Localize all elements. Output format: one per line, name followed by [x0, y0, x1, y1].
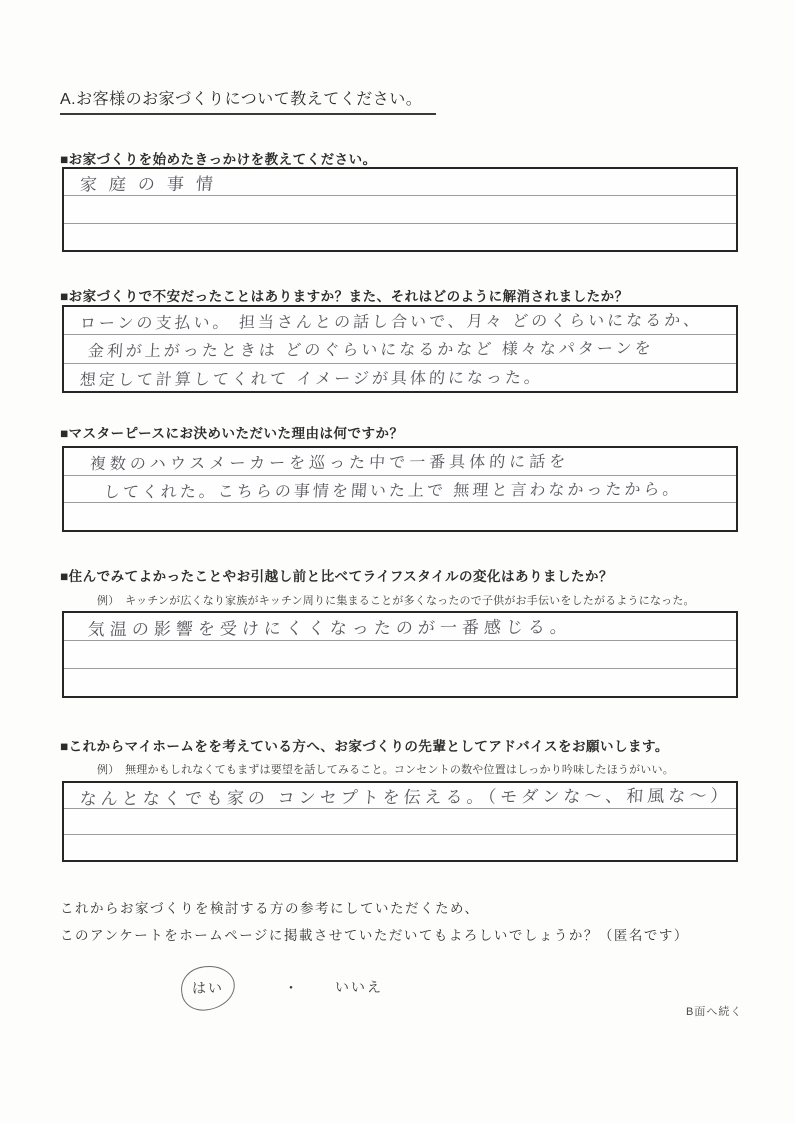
answer-row[interactable] — [64, 835, 736, 860]
answer-row[interactable]: 家庭の事情 — [64, 169, 736, 196]
answer-row[interactable] — [64, 224, 736, 250]
answer-box-2[interactable]: ローンの支払い。 担当さんとの話し合いで、月々 どのくらいになるか、 金利が上が… — [62, 305, 738, 393]
answer-row[interactable]: 複数のハウスメーカーを巡った中で一番具体的に話を — [64, 448, 736, 476]
consent-text-line2: このアンケートをホームページに掲載させていただいてもよろしいでしょうか？（匿名で… — [60, 924, 689, 944]
yes-label: はい — [192, 978, 224, 998]
question-label-4: ■住んでみてよかったことやお引越し前と比べてライフスタイルの変化はありましたか？ — [60, 565, 613, 585]
answer-box-4[interactable]: 気温の影響を受けにくくなったのが一番感じる。 — [62, 611, 738, 698]
question-label-5: ■これからマイホームをを考えている方へ、お家づくりの先輩としてアドバイスをお願い… — [60, 735, 669, 755]
answer-row[interactable]: なんとなくでも家の コンセプトを伝える。（モダンな～、和風な～） — [64, 783, 736, 809]
answer-row[interactable]: 金利が上がったときは どのぐらいになるかなど 様々なパターンを — [64, 335, 736, 363]
option-separator: ・ — [284, 978, 298, 998]
question-example-4: 例） キッチンが広くなり家族がキッチン周りに集まることが多くなったので子供がお手… — [97, 592, 695, 608]
consent-text-line1: これからお家づくりを検討する方の参考にしていただくため、 — [60, 897, 479, 917]
handwritten-answer: 家庭の事情 — [64, 169, 226, 195]
consent-option-no[interactable]: いいえ — [335, 977, 383, 997]
question-label-1: ■お家づくりを始めたきっかけを教えてください。 — [60, 148, 377, 168]
answer-box-3[interactable]: 複数のハウスメーカーを巡った中で一番具体的に話を してくれた。こちらの事情を聞い… — [62, 446, 738, 532]
answer-row[interactable] — [64, 809, 736, 835]
handwritten-answer: 複数のハウスメーカーを巡った中で一番具体的に話を — [64, 449, 570, 475]
page-title: A.お客様のお家づくりについて教えてください。 — [60, 86, 436, 115]
answer-row[interactable]: 想定して計算してくれて イメージが具体的になった。 — [64, 364, 736, 391]
handwritten-answer: 金利が上がったときは どのぐらいになるかなど 様々なパターンを — [64, 336, 654, 362]
handwritten-answer: してくれた。こちらの事情を聞いた上で 無理と言わなかったから。 — [64, 476, 682, 502]
b-side-note: B面へ続く — [686, 1003, 742, 1019]
question-example-5: 例） 無理かもしれなくてもまずは要望を話してみること。コンセントの数や位置はしっ… — [97, 761, 674, 777]
answer-row[interactable] — [64, 669, 736, 696]
consent-option-yes-selected[interactable]: はい — [179, 963, 238, 1013]
answer-row[interactable]: してくれた。こちらの事情を聞いた上で 無理と言わなかったから。 — [64, 476, 736, 504]
answer-row[interactable]: ローンの支払い。 担当さんとの話し合いで、月々 どのくらいになるか、 — [64, 307, 736, 335]
answer-box-5[interactable]: なんとなくでも家の コンセプトを伝える。（モダンな～、和風な～） — [62, 781, 738, 862]
answer-row[interactable]: 気温の影響を受けにくくなったのが一番感じる。 — [64, 613, 736, 641]
handwritten-answer: なんとなくでも家の コンセプトを伝える。（モダンな～、和風な～） — [64, 783, 732, 809]
answer-row[interactable] — [64, 641, 736, 669]
question-label-2: ■お家づくりで不安だったことはありますか？また、それはどのように解消されましたか… — [60, 285, 629, 305]
answer-row[interactable] — [64, 503, 736, 530]
answer-box-1[interactable]: 家庭の事情 — [62, 167, 738, 252]
handwritten-answer: 想定して計算してくれて イメージが具体的になった。 — [64, 365, 544, 391]
handwritten-answer: 気温の影響を受けにくくなったのが一番感じる。 — [64, 613, 573, 640]
answer-row[interactable] — [64, 196, 736, 223]
survey-sheet: A.お客様のお家づくりについて教えてください。 ■お家づくりを始めたきっかけを教… — [0, 0, 795, 1124]
handwritten-answer: ローンの支払い。 担当さんとの話し合いで、月々 どのくらいになるか、 — [64, 307, 703, 333]
question-label-3: ■マスターピースにお決めいただいた理由は何ですか？ — [60, 422, 403, 442]
